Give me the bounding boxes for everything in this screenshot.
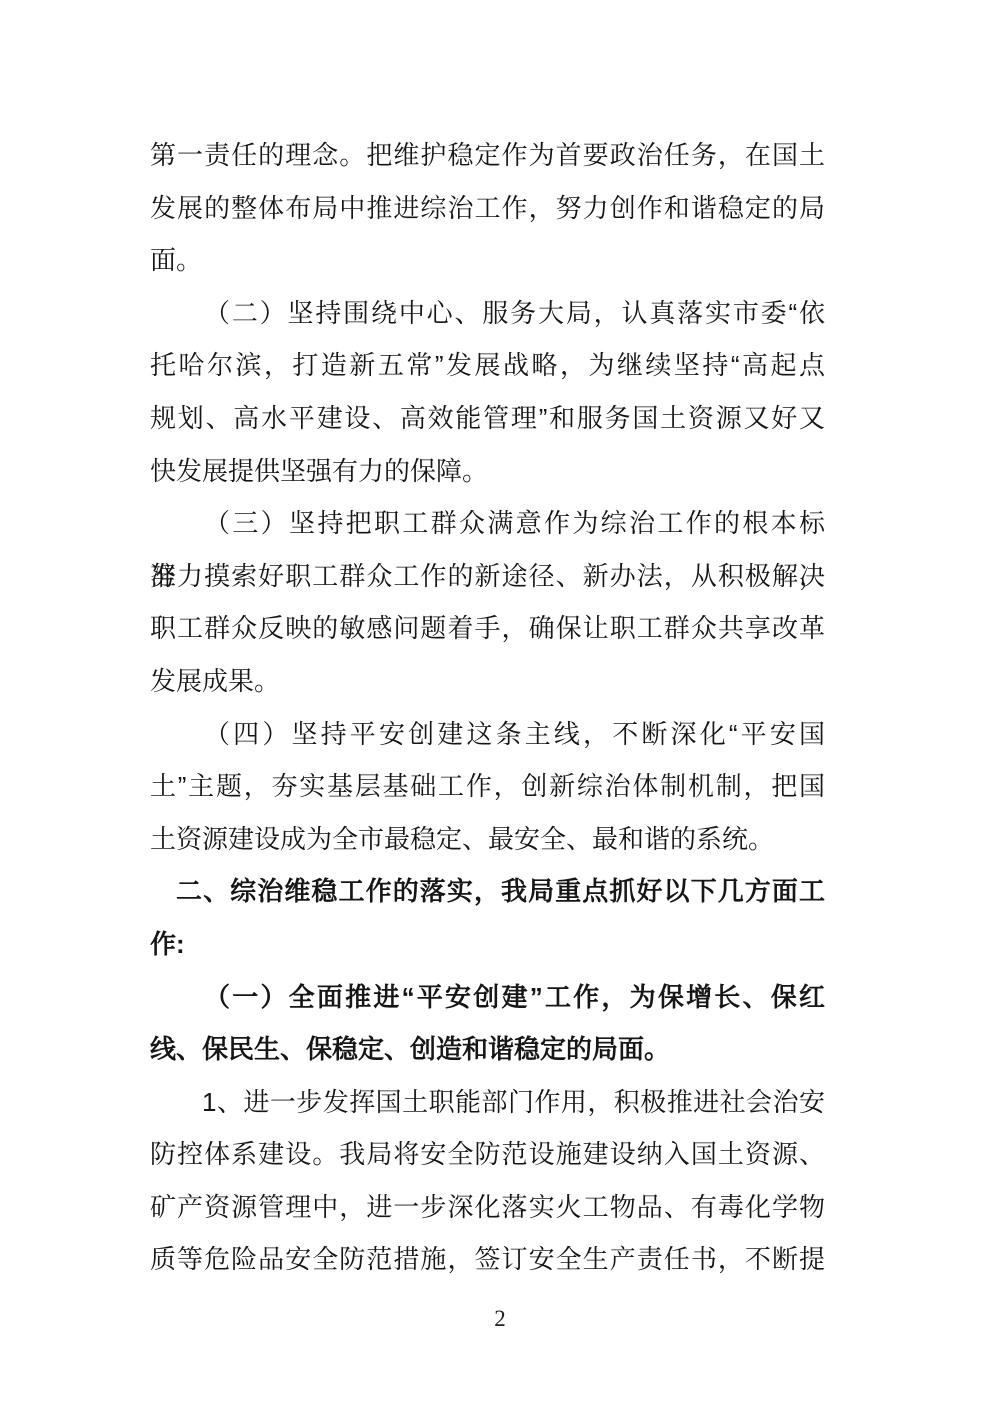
text-line: 土资源建设成为全市最稳定、最安全、最和谐的系统。 bbox=[150, 813, 825, 866]
text-line: 规划、高水平建设、高效能管理”和服务国土资源又好又 bbox=[150, 392, 825, 445]
text-line: （四）坚持平安创建这条主线，不断深化“平安国 bbox=[150, 708, 825, 761]
text-line: 矿产资源管理中，进一步深化落实火工物品、有毒化学物 bbox=[150, 1181, 825, 1234]
text-line: 防控体系建设。我局将安全防范设施建设纳入国土资源、 bbox=[150, 1128, 825, 1181]
text-line: （三）坚持把职工群众满意作为综治工作的根本标准， bbox=[150, 497, 825, 550]
text-line: 发展的整体布局中推进综治工作，努力创作和谐稳定的局 bbox=[150, 182, 825, 235]
text-line: 线、保民生、保稳定、创造和谐稳定的局面。 bbox=[150, 1023, 825, 1076]
text-line: 作: bbox=[150, 918, 825, 971]
text-line: 面。 bbox=[150, 234, 825, 287]
text-line: 托哈尔滨，打造新五常”发展战略，为继续坚持“高起点 bbox=[150, 339, 825, 392]
text-line: 发展成果。 bbox=[150, 655, 825, 708]
text-line: 1、进一步发挥国土职能部门作用，积极推进社会治安 bbox=[150, 1076, 825, 1129]
text-line: 努力摸索好职工群众工作的新途径、新办法，从积极解决 bbox=[150, 550, 825, 603]
text-line: 土”主题，夯实基层基础工作，创新综治体制机制，把国 bbox=[150, 760, 825, 813]
text-line: 第一责任的理念。把维护稳定作为首要政治任务，在国土 bbox=[150, 129, 825, 182]
text-line: 二、综治维稳工作的落实，我局重点抓好以下几方面工 bbox=[150, 865, 825, 918]
document-body: 第一责任的理念。把维护稳定作为首要政治任务，在国土发展的整体布局中推进综治工作，… bbox=[150, 129, 825, 1286]
text-line: 职工群众反映的敏感问题着手，确保让职工群众共享改革 bbox=[150, 602, 825, 655]
text-line: 快发展提供坚强有力的保障。 bbox=[150, 445, 825, 498]
text-line: 质等危险品安全防范措施，签订安全生产责任书，不断提 bbox=[150, 1233, 825, 1286]
text-line: （二）坚持围绕中心、服务大局，认真落实市委“依 bbox=[150, 287, 825, 340]
text-line: （一）全面推进“平安创建”工作，为保增长、保红 bbox=[150, 971, 825, 1024]
document-page: 第一责任的理念。把维护稳定作为首要政治任务，在国土发展的整体布局中推进综治工作，… bbox=[0, 0, 1000, 1415]
page-number: 2 bbox=[0, 1306, 1000, 1332]
